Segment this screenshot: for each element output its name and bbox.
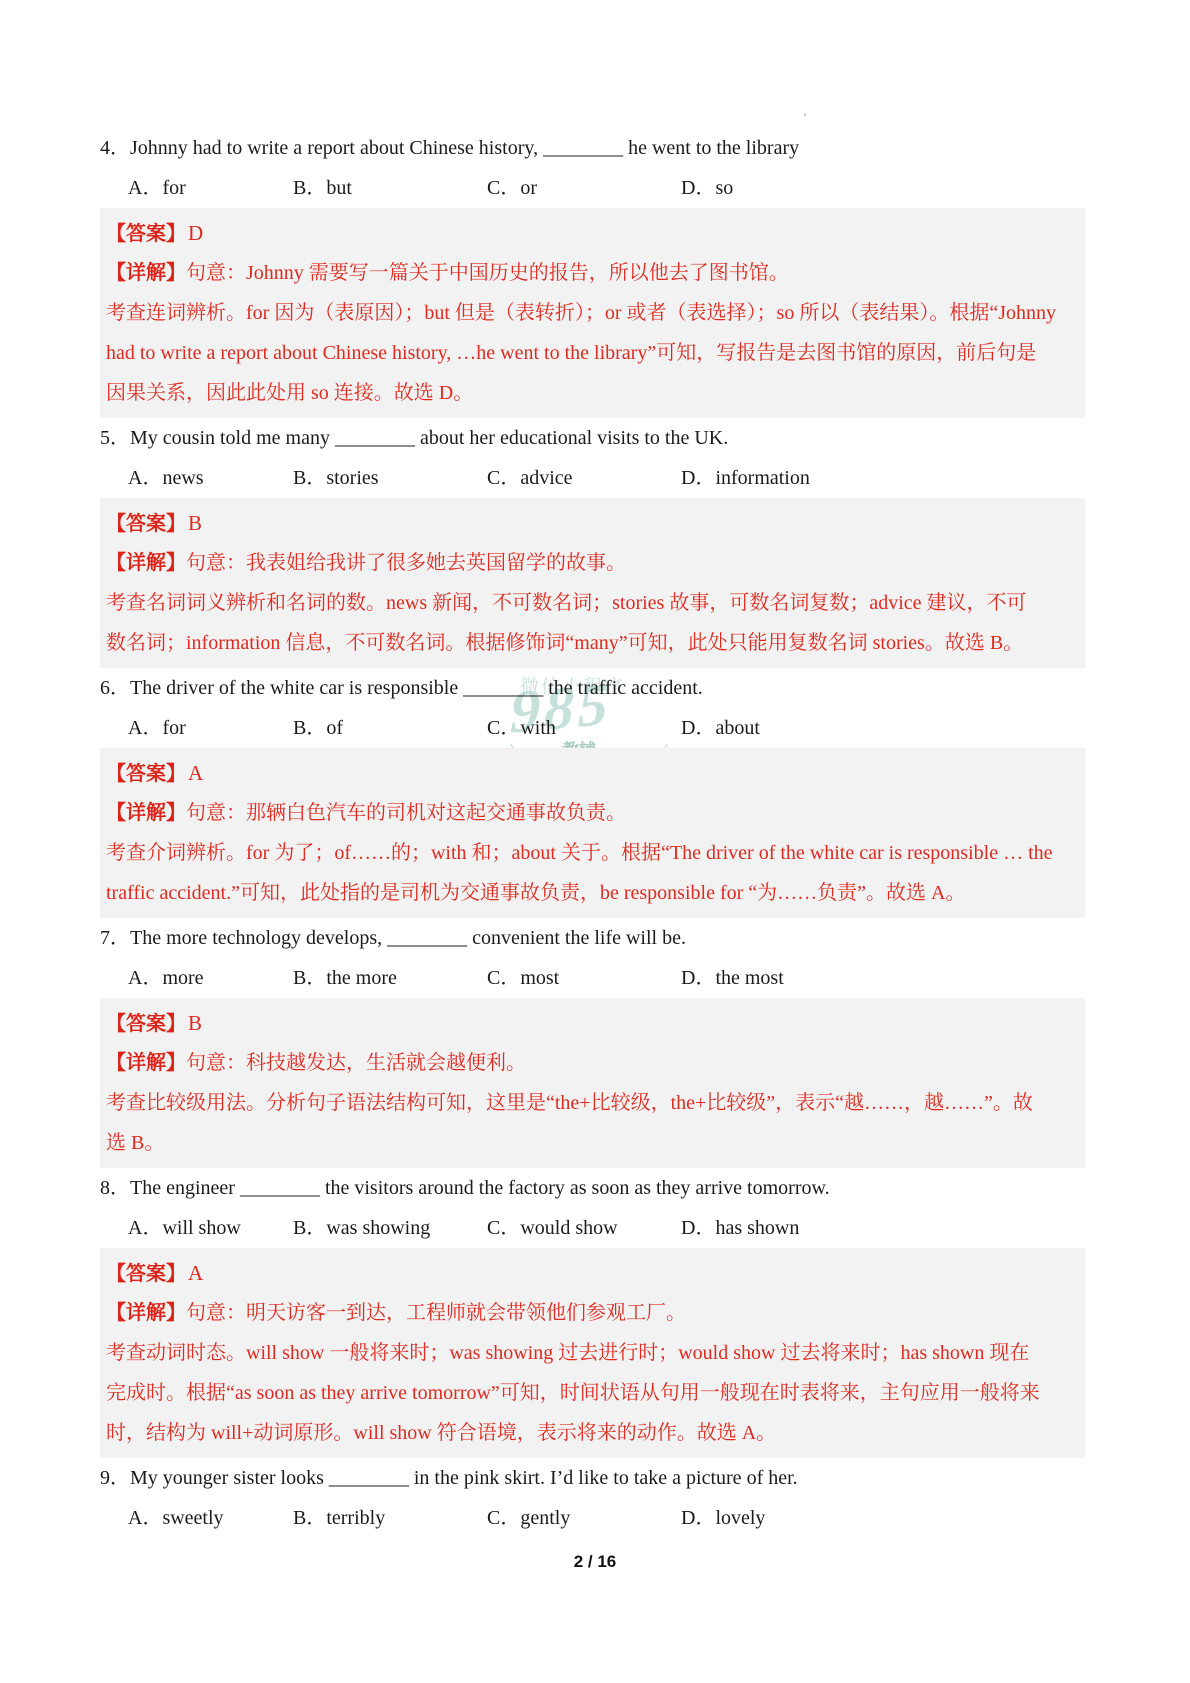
answer-line: 【答案】D: [106, 213, 1079, 253]
question-9-option-b: B．terribly: [293, 1498, 487, 1538]
question-4-option-c: C．or: [487, 168, 681, 208]
question-7-analysis-2: 考查比较级用法。分析句子语法结构可知，这里是“the+比较级，the+比较级”，…: [106, 1083, 1079, 1123]
question-9-stem: My younger sister looks ________ in the …: [130, 1467, 798, 1489]
question-8-stem-line: 8．The engineer ________ the visitors aro…: [100, 1168, 1085, 1208]
question-4-analysis-2: 考查连词辨析。for 因为（表原因）；but 但是（表转折）；or 或者（表选择…: [106, 293, 1079, 333]
question-5-answer-letter: B: [188, 511, 202, 535]
question-8-option-a: A．will show: [128, 1208, 293, 1248]
question-5-stem-line: 5．My cousin told me many ________ about …: [100, 418, 1085, 458]
question-7-analysis-3: 选 B。: [106, 1123, 1079, 1163]
answer-line: 【答案】A: [106, 753, 1079, 793]
analysis-line: 【详解】句意：科技越发达，生活就会越便利。: [106, 1043, 1079, 1083]
question-7-answer-letter: B: [188, 1011, 202, 1035]
answer-label: 【答案】: [106, 1013, 186, 1035]
analysis-line: 【详解】句意：那辆白色汽车的司机对这起交通事故负责。: [106, 793, 1079, 833]
answer-line: 【答案】A: [106, 1253, 1079, 1293]
question-7-option-d: D．the most: [681, 958, 1085, 998]
question-8-analysis-1: 句意：明天访客一到达，工程师就会带领他们参观工厂。: [186, 1302, 686, 1324]
question-4-number: 4．: [100, 128, 130, 168]
question-5-stem: My cousin told me many ________ about he…: [130, 427, 728, 449]
analysis-line: 【详解】句意：我表姐给我讲了很多她去英国留学的故事。: [106, 543, 1079, 583]
question-8-analysis-3: 完成时。根据“as soon as they arrive tomorrow”可…: [106, 1373, 1079, 1413]
question-7-stem: The more technology develops, ________ c…: [130, 927, 686, 949]
question-6-number: 6．: [100, 668, 130, 708]
answer-label: 【答案】: [106, 763, 186, 785]
analysis-label: 【详解】: [106, 802, 186, 824]
question-4-analysis-3: had to write a report about Chinese hist…: [106, 333, 1079, 373]
question-5-options: A．news B．stories C．advice D．information: [100, 458, 1085, 498]
question-6-option-a: A．for: [128, 708, 293, 748]
answer-label: 【答案】: [106, 223, 186, 245]
analysis-label: 【详解】: [106, 1302, 186, 1324]
question-4-stem: Johnny had to write a report about Chine…: [130, 137, 799, 159]
question-8-analysis-4: 时，结构为 will+动词原形。will show 符合语境，表示将来的动作。故…: [106, 1413, 1079, 1453]
analysis-line: 【详解】句意：Johnny 需要写一篇关于中国历史的报告，所以他去了图书馆。: [106, 253, 1079, 293]
answer-line: 【答案】B: [106, 1003, 1079, 1043]
question-7-stem-line: 7．The more technology develops, ________…: [100, 918, 1085, 958]
question-4-options: A．for B．but C．or D．so: [100, 168, 1085, 208]
question-8-analysis-2: 考查动词时态。will show 一般将来时；was showing 过去进行时…: [106, 1333, 1079, 1373]
question-5-answer-block: 【答案】B 【详解】句意：我表姐给我讲了很多她去英国留学的故事。 考查名词词义辨…: [100, 498, 1085, 668]
question-9-option-d: D．lovely: [681, 1498, 1085, 1538]
question-9-stem-line: 9．My younger sister looks ________ in th…: [100, 1458, 1085, 1498]
question-5-option-c: C．advice: [487, 458, 681, 498]
question-4-answer-block: 【答案】D 【详解】句意：Johnny 需要写一篇关于中国历史的报告，所以他去了…: [100, 208, 1085, 418]
question-5-analysis-1: 句意：我表姐给我讲了很多她去英国留学的故事。: [186, 552, 626, 574]
question-8-option-b: B．was showing: [293, 1208, 487, 1248]
analysis-line: 【详解】句意：明天访客一到达，工程师就会带领他们参观工厂。: [106, 1293, 1079, 1333]
question-6-analysis-2: 考查介词辨析。for 为了；of……的；with 和；about 关于。根据“T…: [106, 833, 1079, 873]
question-4-analysis-1: 句意：Johnny 需要写一篇关于中国历史的报告，所以他去了图书馆。: [186, 262, 789, 284]
question-8-stem: The engineer ________ the visitors aroun…: [130, 1177, 830, 1199]
stray-mark: ': [804, 110, 806, 125]
question-5-analysis-2: 考查名词词义辨析和名词的数。news 新闻，不可数名词；stories 故事，可…: [106, 583, 1079, 623]
question-9-option-c: C．gently: [487, 1498, 681, 1538]
question-6-option-b: B．of: [293, 708, 487, 748]
question-8-answer-block: 【答案】A 【详解】句意：明天访客一到达，工程师就会带领他们参观工厂。 考查动词…: [100, 1248, 1085, 1458]
question-7-analysis-1: 句意：科技越发达，生活就会越便利。: [186, 1052, 526, 1074]
question-5-number: 5．: [100, 418, 130, 458]
question-7-options: A．more B．the more C．most D．the most: [100, 958, 1085, 998]
question-8-options: A．will show B．was showing C．would show D…: [100, 1208, 1085, 1248]
question-6-answer-block: 【答案】A 【详解】句意：那辆白色汽车的司机对这起交通事故负责。 考查介词辨析。…: [100, 748, 1085, 918]
question-8-option-c: C．would show: [487, 1208, 681, 1248]
question-5-option-b: B．stories: [293, 458, 487, 498]
question-9-number: 9．: [100, 1458, 130, 1498]
question-7-option-c: C．most: [487, 958, 681, 998]
question-8-answer-letter: A: [188, 1261, 203, 1285]
question-7-option-a: A．more: [128, 958, 293, 998]
answer-label: 【答案】: [106, 513, 186, 535]
question-6-option-d: D．about: [681, 708, 1085, 748]
question-4-option-a: A．for: [128, 168, 293, 208]
answer-label: 【答案】: [106, 1263, 186, 1285]
question-7-option-b: B．the more: [293, 958, 487, 998]
question-9-options: A．sweetly B．terribly C．gently D．lovely: [100, 1498, 1085, 1538]
question-4-option-d: D．so: [681, 168, 1085, 208]
analysis-label: 【详解】: [106, 552, 186, 574]
document-body: 4．Johnny had to write a report about Chi…: [100, 128, 1085, 1538]
question-6-answer-letter: A: [188, 761, 203, 785]
analysis-label: 【详解】: [106, 1052, 186, 1074]
question-6-option-c: C．with: [487, 708, 681, 748]
question-4-option-b: B．but: [293, 168, 487, 208]
question-8-option-d: D．has shown: [681, 1208, 1085, 1248]
answer-line: 【答案】B: [106, 503, 1079, 543]
question-4-stem-line: 4．Johnny had to write a report about Chi…: [100, 128, 1085, 168]
question-8-number: 8．: [100, 1168, 130, 1208]
question-6-analysis-1: 句意：那辆白色汽车的司机对这起交通事故负责。: [186, 802, 626, 824]
analysis-label: 【详解】: [106, 262, 186, 284]
question-6-stem: The driver of the white car is responsib…: [130, 677, 703, 699]
question-5-analysis-3: 数名词；information 信息，不可数名词。根据修饰词“many”可知，此…: [106, 623, 1079, 663]
question-4-answer-letter: D: [188, 221, 203, 245]
question-9-option-a: A．sweetly: [128, 1498, 293, 1538]
question-6-options: A．for B．of C．with D．about: [100, 708, 1085, 748]
question-5-option-d: D．information: [681, 458, 1085, 498]
question-5-option-a: A．news: [128, 458, 293, 498]
question-6-stem-line: 6．The driver of the white car is respons…: [100, 668, 1085, 708]
question-7-answer-block: 【答案】B 【详解】句意：科技越发达，生活就会越便利。 考查比较级用法。分析句子…: [100, 998, 1085, 1168]
question-4-analysis-4: 因果关系，因此此处用 so 连接。故选 D。: [106, 373, 1079, 413]
page-number: 2 / 16: [0, 1552, 1190, 1572]
question-6-analysis-3: traffic accident.”可知，此处指的是司机为交通事故负责，be r…: [106, 873, 1079, 913]
question-7-number: 7．: [100, 918, 130, 958]
